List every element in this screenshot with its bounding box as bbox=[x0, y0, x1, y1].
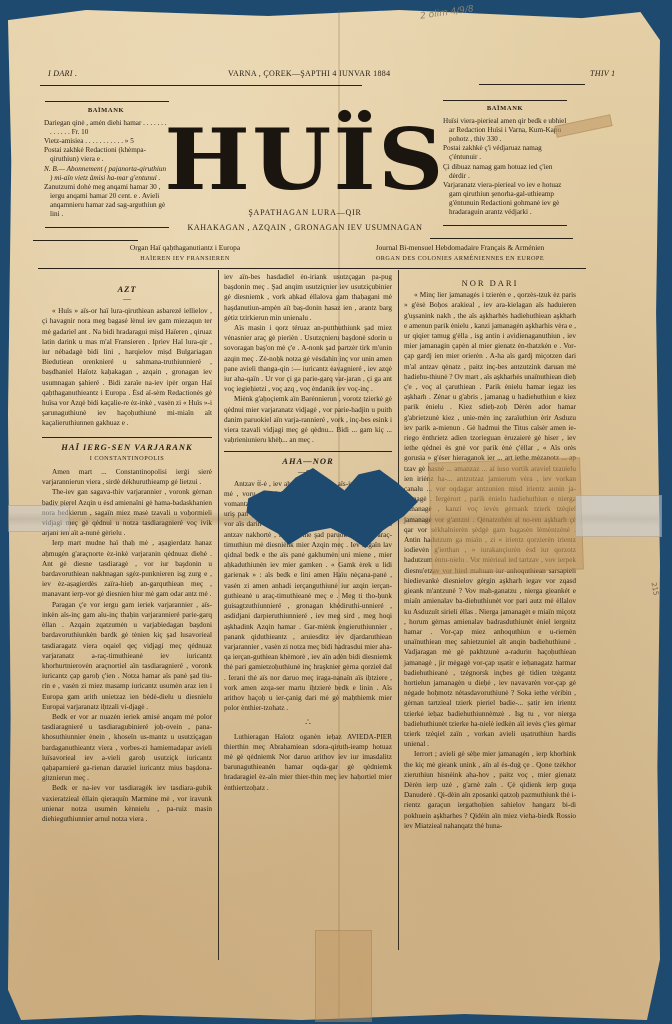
left-box-line: Vietz-amisiea . . . . . . . . . . . » 5 bbox=[44, 137, 168, 146]
article-paragraph: Bedk er vor ar nuazėn ieriek amisė anqam… bbox=[42, 712, 212, 783]
body-top-rule bbox=[38, 268, 586, 269]
article-paragraph: Bedk er na-iev vor tasdiaragėk iev tasdi… bbox=[42, 783, 212, 824]
heading-dash: — bbox=[42, 296, 212, 302]
tape-repair bbox=[315, 930, 372, 1022]
organ-left-line2: HAÏEREN IEV FRANSIEREN bbox=[60, 255, 310, 262]
left-box-line: N. B.— Abonnement ( pajanorta-qiruthiun … bbox=[44, 165, 168, 183]
right-box-line: Çi dibuaz namag gam hotuaz ied ç'ien dėr… bbox=[443, 163, 567, 181]
article-paragraph: Ierrort ; avieli gė sėḥe mier jamanagėn … bbox=[404, 749, 576, 831]
article-paragraph: Ierp mart mudne haï thaḥ mė , aṣagierdat… bbox=[42, 538, 212, 599]
left-box-heading: BAÏMANK bbox=[44, 106, 168, 115]
masthead-subtitle: ŞAPATHAGAN LURA—QIR bbox=[170, 208, 440, 217]
left-box-line: Postai zakhkė Redactioni (khėmpa-qiruthi… bbox=[44, 146, 168, 164]
right-box-line: Varjaranatz viera-pierieal vo iev e hotu… bbox=[443, 181, 567, 217]
header-rule-right bbox=[479, 84, 585, 85]
article-paragraph: Amen mart ... Constantinopolisi ierġi si… bbox=[42, 467, 212, 487]
column-1: AZT — « Huïs » aïs-or haï lura-qiruthiea… bbox=[42, 280, 212, 824]
article-heading-nor-dari: NOR DARI bbox=[404, 278, 576, 288]
organ-right-line1: Journal Bi-mensuel Hebdomadaire Français… bbox=[345, 243, 575, 252]
article-heading-new-year: AHA—NOR bbox=[224, 456, 392, 466]
article-paragraph: Paragan ç'e vor iergu gam ieriek varjara… bbox=[42, 600, 212, 712]
article-heading-azt: AZT bbox=[42, 284, 212, 294]
article-separator bbox=[224, 451, 392, 452]
left-subscription-box: BAÏMANK Dariegan qinė , amėn diehi hamar… bbox=[44, 106, 168, 219]
article-paragraph: Aïs masin i qorz téruaz an-putthuthiunk … bbox=[224, 323, 392, 394]
article-separator bbox=[42, 437, 212, 438]
notice-paragraph: Luthieragan Haïotz oganėn ieḥaz AVIEDA-P… bbox=[224, 732, 392, 793]
column-rule-2 bbox=[398, 270, 399, 950]
left-box-line: Dariegan qinė , amėn diehi hamar . . . .… bbox=[44, 119, 168, 137]
right-box-line: Postai zakhkė ç'i védjaruaz namag ç'éntu… bbox=[443, 144, 567, 162]
issue-year: I DARI . bbox=[48, 69, 77, 78]
organ-right-line2: ORGAN DES COLONIES ARMÉNIENNES EN EUROPE bbox=[345, 255, 575, 262]
organ-rule-right bbox=[430, 238, 573, 239]
tape-repair bbox=[575, 495, 662, 537]
masthead: HUÏS ŞAPATHAGAN LURA—QIR KAHAKAGAN , AZQ… bbox=[170, 120, 440, 232]
article-paragraph: iev aïn-bes hasdadiel ėn-iriank usutzçag… bbox=[224, 272, 392, 323]
tape-repair bbox=[8, 505, 70, 532]
column-rule-1 bbox=[218, 270, 219, 960]
organ-left-line1: Organ Haï qaḥthaganutiantz i Europa bbox=[60, 243, 310, 252]
article-paragraph: « Huïs » aïs-or haï lura-qiruthiean asba… bbox=[42, 306, 212, 428]
newspaper-title: HUÏS bbox=[159, 120, 451, 200]
left-box-bottom-rule bbox=[45, 227, 169, 228]
article-paragraph: Miėnk g'aḥoçiemk aïn Barėnnierun , vorot… bbox=[224, 394, 392, 445]
left-box-top-rule bbox=[45, 101, 169, 102]
article-subheading: I CONSTANTINOPOLIS bbox=[42, 454, 212, 464]
left-box-line: Zanutzumi dohė meg anqami hamar 30 , ier… bbox=[44, 183, 168, 219]
header-rule-left bbox=[40, 85, 362, 86]
organ-rule-left bbox=[33, 240, 138, 241]
right-box-bottom-rule bbox=[443, 225, 567, 226]
right-box-line: Huïsi viera-pierieal amen qir bedk e ubh… bbox=[443, 117, 567, 144]
right-info-box: BAÏMANK Huïsi viera-pierieal amen qir be… bbox=[443, 104, 567, 217]
tape-repair bbox=[428, 457, 584, 574]
right-box-top-rule bbox=[443, 100, 567, 101]
organ-left: Organ Haï qaḥthaganutiantz i Europa HAÏE… bbox=[60, 243, 310, 262]
organ-right: Journal Bi-mensuel Hebdomadaire Français… bbox=[345, 243, 575, 262]
masthead-tagline: KAHAKAGAN , AZQAIN , GRONAGAN IEV USUMNA… bbox=[170, 223, 440, 232]
article-heading-schools: HAÏ IERG-SEN VARJARANK bbox=[42, 442, 212, 452]
issue-number: THIV 1 bbox=[590, 69, 615, 78]
notice-separator: ∴ bbox=[224, 717, 392, 727]
dateline: VARNA , ÇOREK—ŞAPTHI 4 IUNVAR 1884 bbox=[228, 69, 390, 78]
right-box-heading: BAÏMANK bbox=[443, 104, 567, 113]
